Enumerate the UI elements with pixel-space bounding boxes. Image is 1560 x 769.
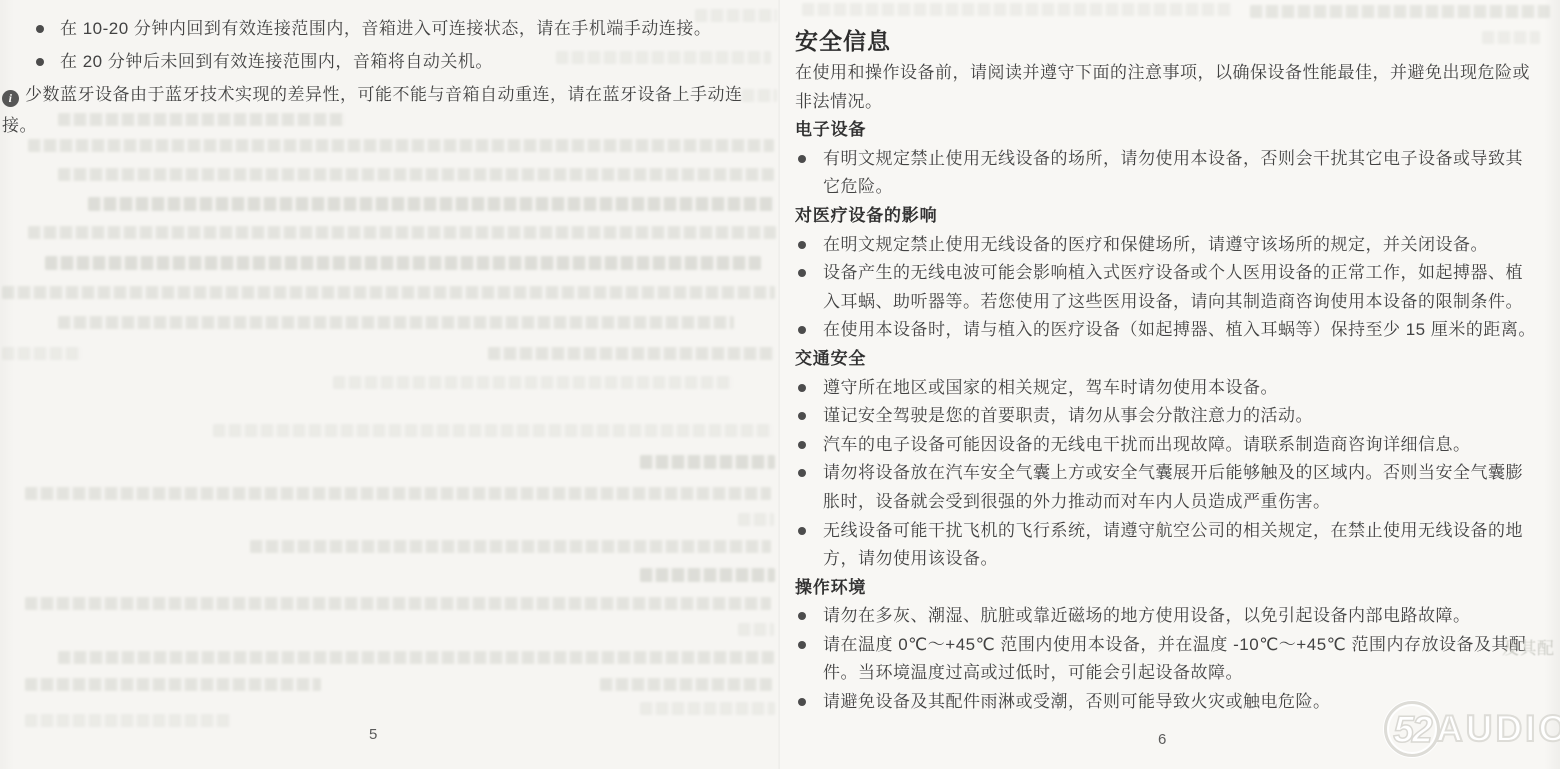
safety-item-text: 请避免设备及其配件雨淋或受潮，否则可能导致火灾或触电危险。 [823,692,1331,711]
safety-item-text: 在明文规定禁止使用无线设备的医疗和保健场所，请遵守该场所的规定，并关闭设备。 [823,235,1488,254]
bullet-dot-icon [798,527,806,535]
logo-wordmark: AUDIO [1436,707,1560,751]
bleed-through-line [556,51,771,64]
safety-item-text: 汽车的电子设备可能因设备的无线电干扰而出现故障。请联系制造商咨询详细信息。 [823,435,1471,454]
safety-item: 在明文规定禁止使用无线设备的医疗和保健场所，请遵守该场所的规定，并关闭设备。 [795,231,1536,260]
safety-item: 请勿将设备放在汽车安全气囊上方或安全气囊展开后能够触及的区域内。否则当安全气囊膨… [795,459,1536,516]
bullet-text: 在 20 分钟后未回到有效连接范围内，音箱将自动关机。 [60,52,493,71]
bullet-dot-icon [36,25,44,33]
bleed-through-line [2,286,775,299]
page-number: 6 [1158,731,1166,748]
scan-ghost-text: 及其配 [1502,634,1560,659]
bullet-dot-icon [798,469,806,477]
bleed-through-line [640,702,775,715]
safety-item-text: 有明文规定禁止使用无线设备的场所，请勿使用本设备，否则会干扰其它电子设备或导致其… [823,149,1523,197]
intro-paragraph: 在使用和操作设备前，请阅读并遵守下面的注意事项，以确保设备性能最佳，并避免出现危… [795,59,1536,116]
section-heading-medical-devices: 对医疗设备的影响 [795,202,1536,231]
bullet-dot-icon [798,241,806,249]
safety-item-text: 无线设备可能干扰飞机的飞行系统，请遵守航空公司的相关规定，在禁止使用无线设备的地… [823,521,1523,569]
safety-item: 遵守所在地区或国家的相关规定，驾车时请勿使用本设备。 [795,374,1536,403]
safety-item-text: 设备产生的无线电波可能会影响植入式医疗设备或个人医用设备的正常工作，如起搏器、植… [823,263,1523,311]
bleed-through-line [640,568,775,582]
scanned-manual-spread: 在 10-20 分钟内回到有效连接范围内，音箱进入可连接状态，请在手机端手动连接… [0,0,1560,769]
bleed-through-line [58,651,774,664]
safety-item: 汽车的电子设备可能因设备的无线电干扰而出现故障。请联系制造商咨询详细信息。 [795,431,1536,460]
bleed-through-line [25,714,231,727]
bullet-dot-icon [798,441,806,449]
bleed-through-line [738,623,774,636]
section-list: 在明文规定禁止使用无线设备的医疗和保健场所，请遵守该场所的规定，并关闭设备。 设… [795,231,1536,345]
safety-info-content: 安全信息 在使用和操作设备前，请阅读并遵守下面的注意事项，以确保设备性能最佳，并… [795,23,1536,717]
safety-item-text: 请勿在多灰、潮湿、肮脏或靠近磁场的地方使用设备，以免引起设备内部电路故障。 [823,606,1471,625]
bullet-dot-icon [798,412,806,420]
safety-item-text: 在使用本设备时，请与植入的医疗设备（如起搏器、植入耳蜗等）保持至少 15 厘米的… [823,320,1536,339]
safety-item-text: 请在温度 0℃～+45℃ 范围内使用本设备，并在温度 -10℃～+45℃ 范围内… [823,635,1526,683]
safety-item: 无线设备可能干扰飞机的飞行系统，请遵守航空公司的相关规定，在禁止使用无线设备的地… [795,517,1536,574]
bullet-dot-icon [798,612,806,620]
bleed-through-line [28,226,776,239]
reconnect-bullet-list: 在 10-20 分钟内回到有效连接范围内，音箱进入可连接状态，请在手机端手动连接… [36,12,748,78]
safety-item: 在使用本设备时，请与植入的医疗设备（如起搏器、植入耳蜗等）保持至少 15 厘米的… [795,316,1536,345]
bleed-through-line [488,347,774,360]
safety-item: 请勿在多灰、潮湿、肮脏或靠近磁场的地方使用设备，以免引起设备内部电路故障。 [795,602,1536,631]
bullet-dot-icon [798,326,806,334]
bleed-through-line [250,540,771,553]
bluetooth-note: i少数蓝牙设备由于蓝牙技术实现的差异性，可能不能与音箱自动重连，请在蓝牙设备上手… [2,79,744,141]
bleed-through-line [28,139,774,152]
logo-52-badge: 52 [1384,701,1440,757]
bleed-through-line [213,424,773,437]
bleed-through-line [738,513,774,526]
safety-item: 请在温度 0℃～+45℃ 范围内使用本设备，并在温度 -10℃～+45℃ 范围内… [795,631,1536,688]
bleed-through-line [25,487,771,500]
page-number: 5 [369,726,377,743]
bleed-through-line [802,3,1232,16]
bleed-through-line [1250,5,1550,18]
bullet-dot-icon [798,269,806,277]
bleed-through-line [45,256,761,270]
52audio-watermark-logo: 52 AUDIO [1384,697,1560,767]
bleed-through-line [58,316,734,329]
bleed-through-line [88,197,774,211]
bleed-through-line [25,597,771,610]
bleed-through-line [742,89,777,102]
section-heading-operating-environment: 操作环境 [795,574,1536,603]
bleed-through-line [695,9,777,22]
bleed-through-line [58,168,774,181]
bleed-through-line [58,113,345,126]
safety-item: 设备产生的无线电波可能会影响植入式医疗设备或个人医用设备的正常工作，如起搏器、植… [795,259,1536,316]
bullet-dot-icon [36,58,44,66]
section-list: 遵守所在地区或国家的相关规定，驾车时请勿使用本设备。 谨记安全驾驶是您的首要职责… [795,374,1536,574]
bullet-dot-icon [798,698,806,706]
page-title: 安全信息 [795,23,1536,59]
bullet-dot-icon [798,384,806,392]
bleed-through-line [25,678,321,691]
section-heading-electronic-devices: 电子设备 [795,116,1536,145]
safety-item-text: 遵守所在地区或国家的相关规定，驾车时请勿使用本设备。 [823,378,1278,397]
safety-item-text: 谨记安全驾驶是您的首要职责，请勿从事会分散注意力的活动。 [823,406,1313,425]
manual-page-5: 在 10-20 分钟内回到有效连接范围内，音箱进入可连接状态，请在手机端手动连接… [0,0,780,769]
info-icon: i [2,90,19,107]
bleed-through-line [333,376,733,389]
logo-number: 52 [1393,709,1430,750]
safety-item-text: 请勿将设备放在汽车安全气囊上方或安全气囊展开后能够触及的区域内。否则当安全气囊膨… [823,463,1523,511]
list-item: 在 10-20 分钟内回到有效连接范围内，音箱进入可连接状态，请在手机端手动连接… [36,12,748,45]
section-heading-traffic-safety: 交通安全 [795,345,1536,374]
bleed-through-line [2,347,82,360]
bullet-dot-icon [798,155,806,163]
section-list: 有明文规定禁止使用无线设备的场所，请勿使用本设备，否则会干扰其它电子设备或导致其… [795,145,1536,202]
note-text: 少数蓝牙设备由于蓝牙技术实现的差异性，可能不能与音箱自动重连，请在蓝牙设备上手动… [2,85,743,135]
bullet-text: 在 10-20 分钟内回到有效连接范围内，音箱进入可连接状态，请在手机端手动连接… [60,19,711,38]
manual-page-6: 安全信息 在使用和操作设备前，请阅读并遵守下面的注意事项，以确保设备性能最佳，并… [780,0,1560,769]
bleed-through-line [640,455,775,469]
bullet-dot-icon [798,641,806,649]
safety-item: 有明文规定禁止使用无线设备的场所，请勿使用本设备，否则会干扰其它电子设备或导致其… [795,145,1536,202]
safety-item: 谨记安全驾驶是您的首要职责，请勿从事会分散注意力的活动。 [795,402,1536,431]
bleed-through-line [600,678,772,691]
